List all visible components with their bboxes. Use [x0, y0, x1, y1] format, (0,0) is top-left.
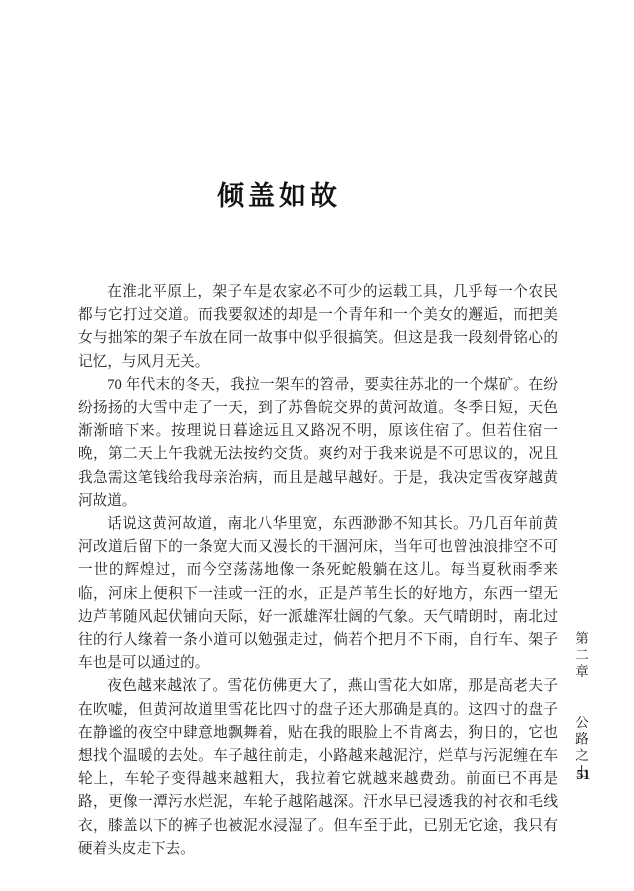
book-page: 倾盖如故 在淮北平原上，架子车是农家必不可少的运载工具，几乎每一个农民都与它打过… — [0, 0, 634, 891]
paragraph-2: 70 年代末的冬天，我拉一架车的笤帚，要卖往苏北的一个煤矿。在纷纷扬扬的大雪中走… — [78, 374, 558, 513]
chapter-heading: 倾盖如故 — [0, 174, 558, 213]
page-number: 51 — [577, 767, 591, 783]
chapter-label: 第二章 — [573, 631, 588, 681]
body-text: 在淮北平原上，架子车是农家必不可少的运载工具，几乎每一个农民都与它打过交道。而我… — [78, 281, 558, 861]
running-header: 第二章 公路之上 — [570, 631, 590, 781]
paragraph-3: 话说这黄河故道，南北八华里宽，东西渺渺不知其长。乃几百年前黄河改道后留下的一条宽… — [78, 513, 558, 675]
paragraph-1: 在淮北平原上，架子车是农家必不可少的运载工具，几乎每一个农民都与它打过交道。而我… — [78, 281, 558, 374]
paragraph-4: 夜色越来越浓了。雪花仿佛更大了，燕山雪花大如席，那是高老夫子在吹嘘，但黄河故道里… — [78, 675, 558, 861]
